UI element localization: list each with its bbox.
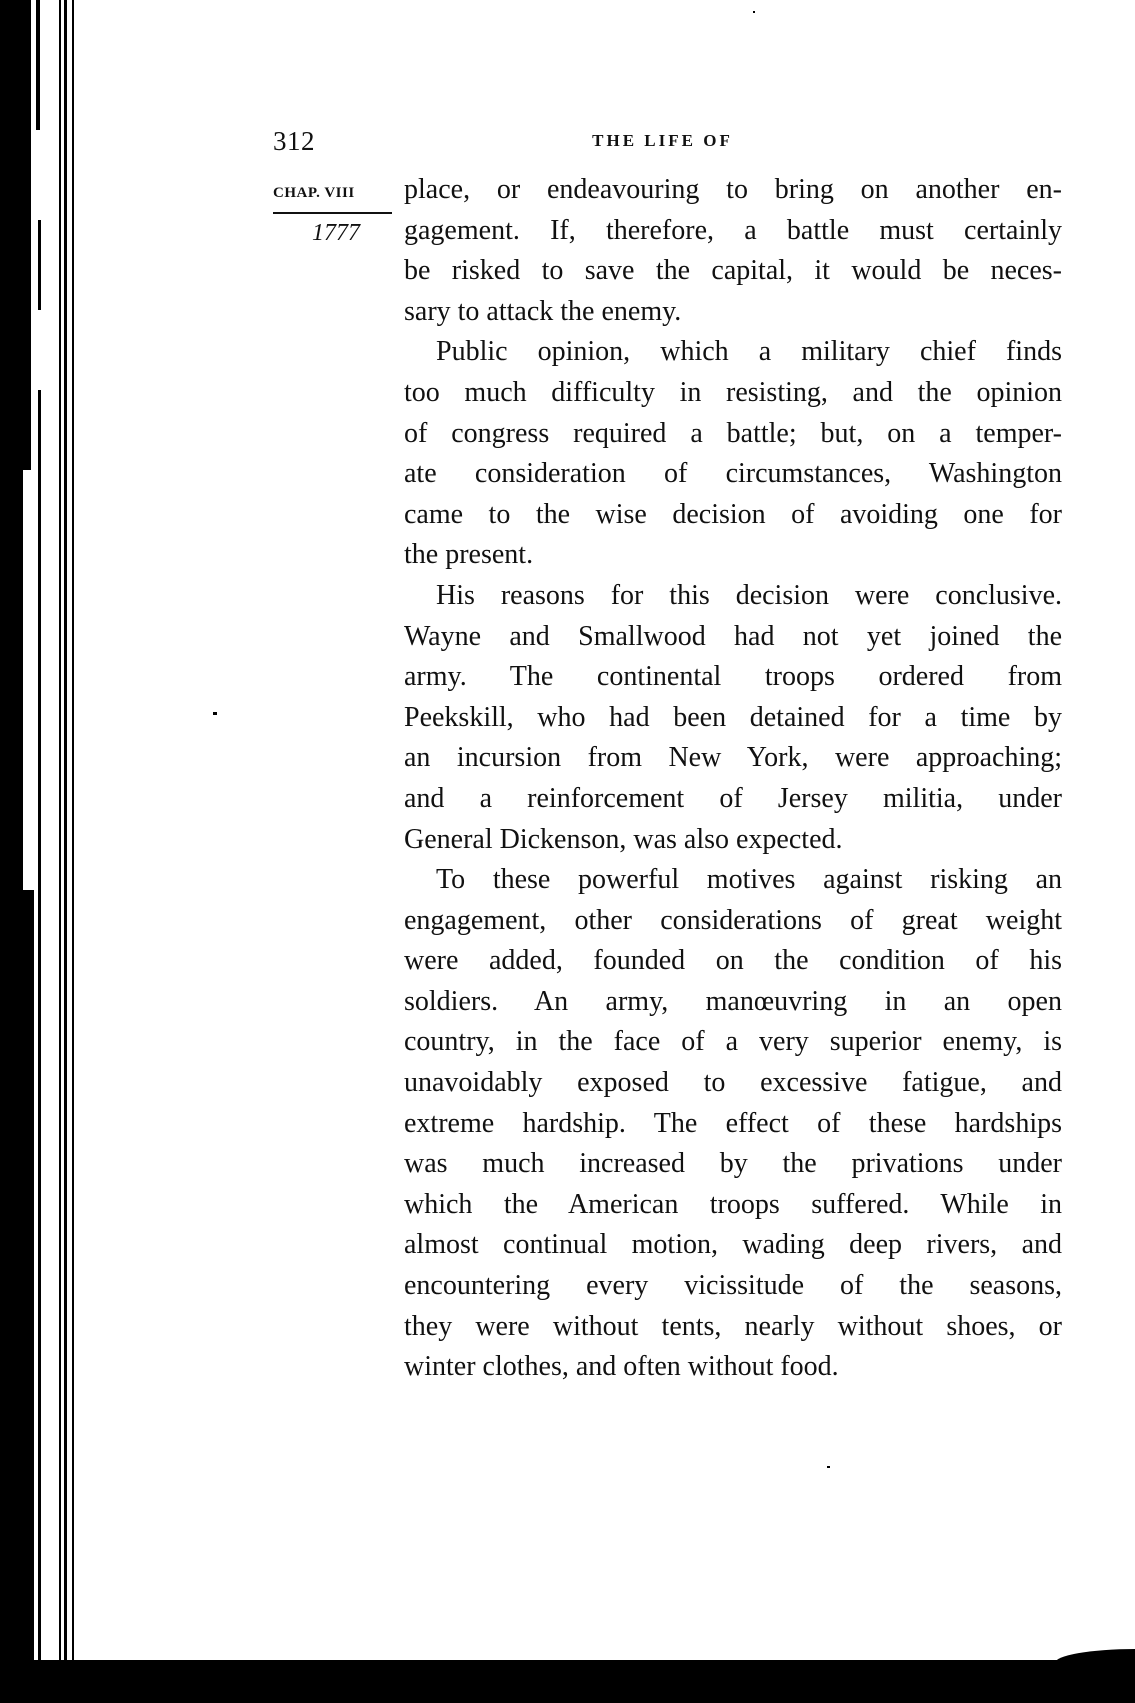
margin-note: CHAP. VIII 1777	[273, 178, 393, 247]
text-line: ate consideration of circumstances, Wash…	[404, 454, 1062, 495]
text-line: the present.	[404, 535, 1062, 576]
text-line: engagement, other considerations of grea…	[404, 901, 1062, 942]
text-line: place, or endeavouring to bring on anoth…	[404, 170, 1062, 211]
scan-page-curl	[1055, 1649, 1135, 1663]
text-line: Public opinion, which a military chief f…	[404, 332, 1062, 373]
text-line: gagement. If, therefore, a battle must c…	[404, 211, 1062, 252]
text-line: of congress required a battle; but, on a…	[404, 414, 1062, 455]
text-line: army. The continental troops ordered fro…	[404, 657, 1062, 698]
text-line: was much increased by the privations und…	[404, 1144, 1062, 1185]
text-line: came to the wise decision of avoiding on…	[404, 495, 1062, 536]
paragraph-3: His reasons for this decision were concl…	[404, 576, 1062, 860]
text-line: His reasons for this decision were concl…	[404, 576, 1062, 617]
text-line: soldiers. An army, manœuvring in an open	[404, 982, 1062, 1023]
scan-speck	[753, 11, 755, 13]
text-line: Wayne and Smallwood had not yet joined t…	[404, 617, 1062, 658]
scan-bottom-edge	[0, 1660, 1135, 1703]
margin-rule	[273, 212, 392, 214]
text-line: Peekskill, who had been detained for a t…	[404, 698, 1062, 739]
body-text: place, or endeavouring to bring on anoth…	[404, 170, 1062, 1388]
text-line: too much difficulty in resisting, and th…	[404, 373, 1062, 414]
text-line: and a reinforcement of Jersey militia, u…	[404, 779, 1062, 820]
text-line: unavoidably exposed to excessive fatigue…	[404, 1063, 1062, 1104]
text-line: country, in the face of a very superior …	[404, 1022, 1062, 1063]
scan-speck	[827, 1466, 830, 1468]
text-line: winter clothes, and often without food.	[404, 1347, 1062, 1388]
text-line: To these powerful motives against riskin…	[404, 860, 1062, 901]
text-line: extreme hardship. The effect of these ha…	[404, 1104, 1062, 1145]
text-line: an incursion from New York, were approac…	[404, 738, 1062, 779]
text-line: which the American troops suffered. Whil…	[404, 1185, 1062, 1226]
paragraph-1: place, or endeavouring to bring on anoth…	[404, 170, 1062, 332]
text-line: be risked to save the capital, it would …	[404, 251, 1062, 292]
scan-speck	[213, 712, 217, 715]
text-line: encountering every vicissitude of the se…	[404, 1266, 1062, 1307]
text-line: General Dickenson, was also expected.	[404, 820, 1062, 861]
text-line: almost continual motion, wading deep riv…	[404, 1225, 1062, 1266]
paragraph-2: Public opinion, which a military chief f…	[404, 332, 1062, 576]
paragraph-4: To these powerful motives against riskin…	[404, 860, 1062, 1388]
text-line: sary to attack the enemy.	[404, 292, 1062, 333]
running-head: THE LIFE OF	[0, 131, 1135, 151]
text-line: they were without tents, nearly without …	[404, 1307, 1062, 1348]
margin-year: 1777	[273, 220, 393, 247]
text-line: were added, founded on the condition of …	[404, 941, 1062, 982]
scan-binding-edge	[0, 0, 80, 1703]
chapter-label: CHAP. VIII	[273, 178, 393, 208]
